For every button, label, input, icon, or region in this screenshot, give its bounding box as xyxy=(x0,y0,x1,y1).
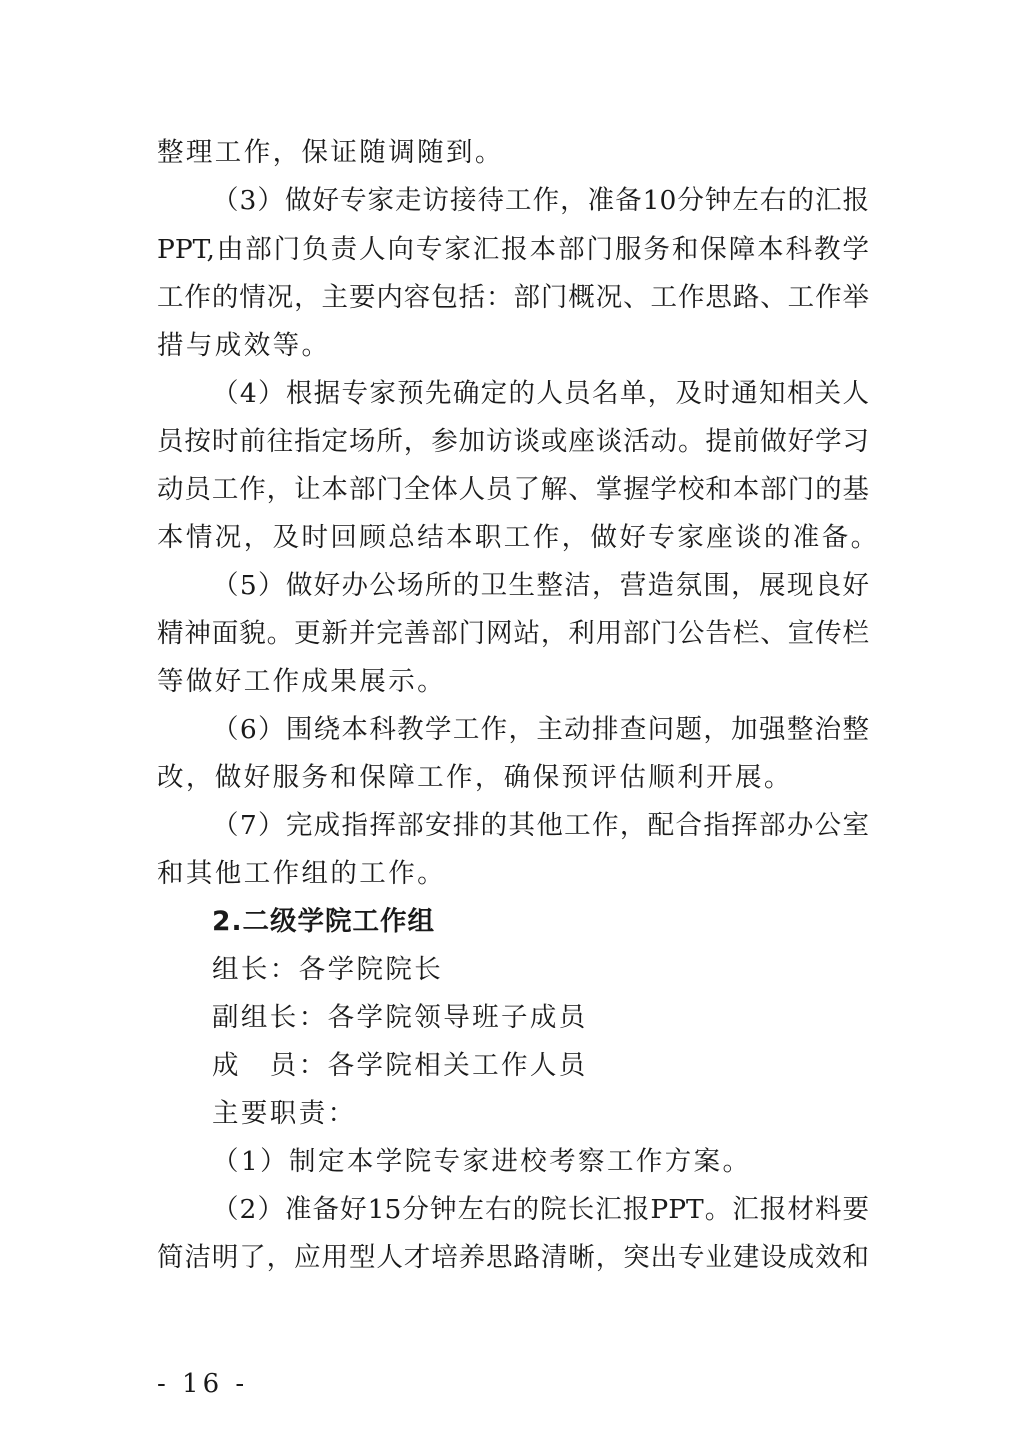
item-4-line: 员按时前往指定场所，参加访谈或座谈活动。提前做好学习 xyxy=(157,418,869,466)
duty-1-line: （1）制定本学院专家进校考察工作方案。 xyxy=(212,1138,869,1186)
item-7-line: 和其他工作组的工作。 xyxy=(157,850,869,898)
item-3-line: 工作的情况，主要内容包括：部门概况、工作思路、工作举 xyxy=(157,274,869,322)
item-7-line: （7）完成指挥部安排的其他工作，配合指挥部办公室 xyxy=(212,802,869,850)
item-3-line: PPT,由部门负责人向专家汇报本部门服务和保障本科教学 xyxy=(157,226,869,274)
section-heading: 2.二级学院工作组 xyxy=(212,898,869,946)
item-4-line: 本情况，及时回顾总结本职工作，做好专家座谈的准备。 xyxy=(157,514,869,562)
members-line: 成 员：各学院相关工作人员 xyxy=(212,1042,869,1090)
deputy-leader-line: 副组长：各学院领导班子成员 xyxy=(212,994,869,1042)
duty-2-line: 简洁明了，应用型人才培养思路清晰，突出专业建设成效和 xyxy=(157,1234,869,1282)
item-6-line: 改，做好服务和保障工作，确保预评估顺利开展。 xyxy=(157,754,869,802)
group-leader-line: 组长：各学院院长 xyxy=(212,946,869,994)
item-3-line: （3）做好专家走访接待工作，准备10分钟左右的汇报 xyxy=(212,177,869,225)
page-number: - 16 - xyxy=(157,1360,248,1408)
item-5-line: 精神面貌。更新并完善部门网站，利用部门公告栏、宣传栏 xyxy=(157,610,869,658)
paragraph-line: 整理工作，保证随调随到。 xyxy=(157,129,869,177)
item-6-line: （6）围绕本科教学工作，主动排查问题，加强整治整 xyxy=(212,706,869,754)
item-5-line: 等做好工作成果展示。 xyxy=(157,658,869,706)
item-4-line: 动员工作，让本部门全体人员了解、掌握学校和本部门的基 xyxy=(157,466,869,514)
item-4-line: （4）根据专家预先确定的人员名单，及时通知相关人 xyxy=(212,370,869,418)
item-3-line: 措与成效等。 xyxy=(157,322,869,370)
duty-2-line: （2）准备好15分钟左右的院长汇报PPT。汇报材料要 xyxy=(212,1186,869,1234)
duties-label: 主要职责： xyxy=(212,1090,869,1138)
item-5-line: （5）做好办公场所的卫生整洁，营造氛围，展现良好 xyxy=(212,562,869,610)
